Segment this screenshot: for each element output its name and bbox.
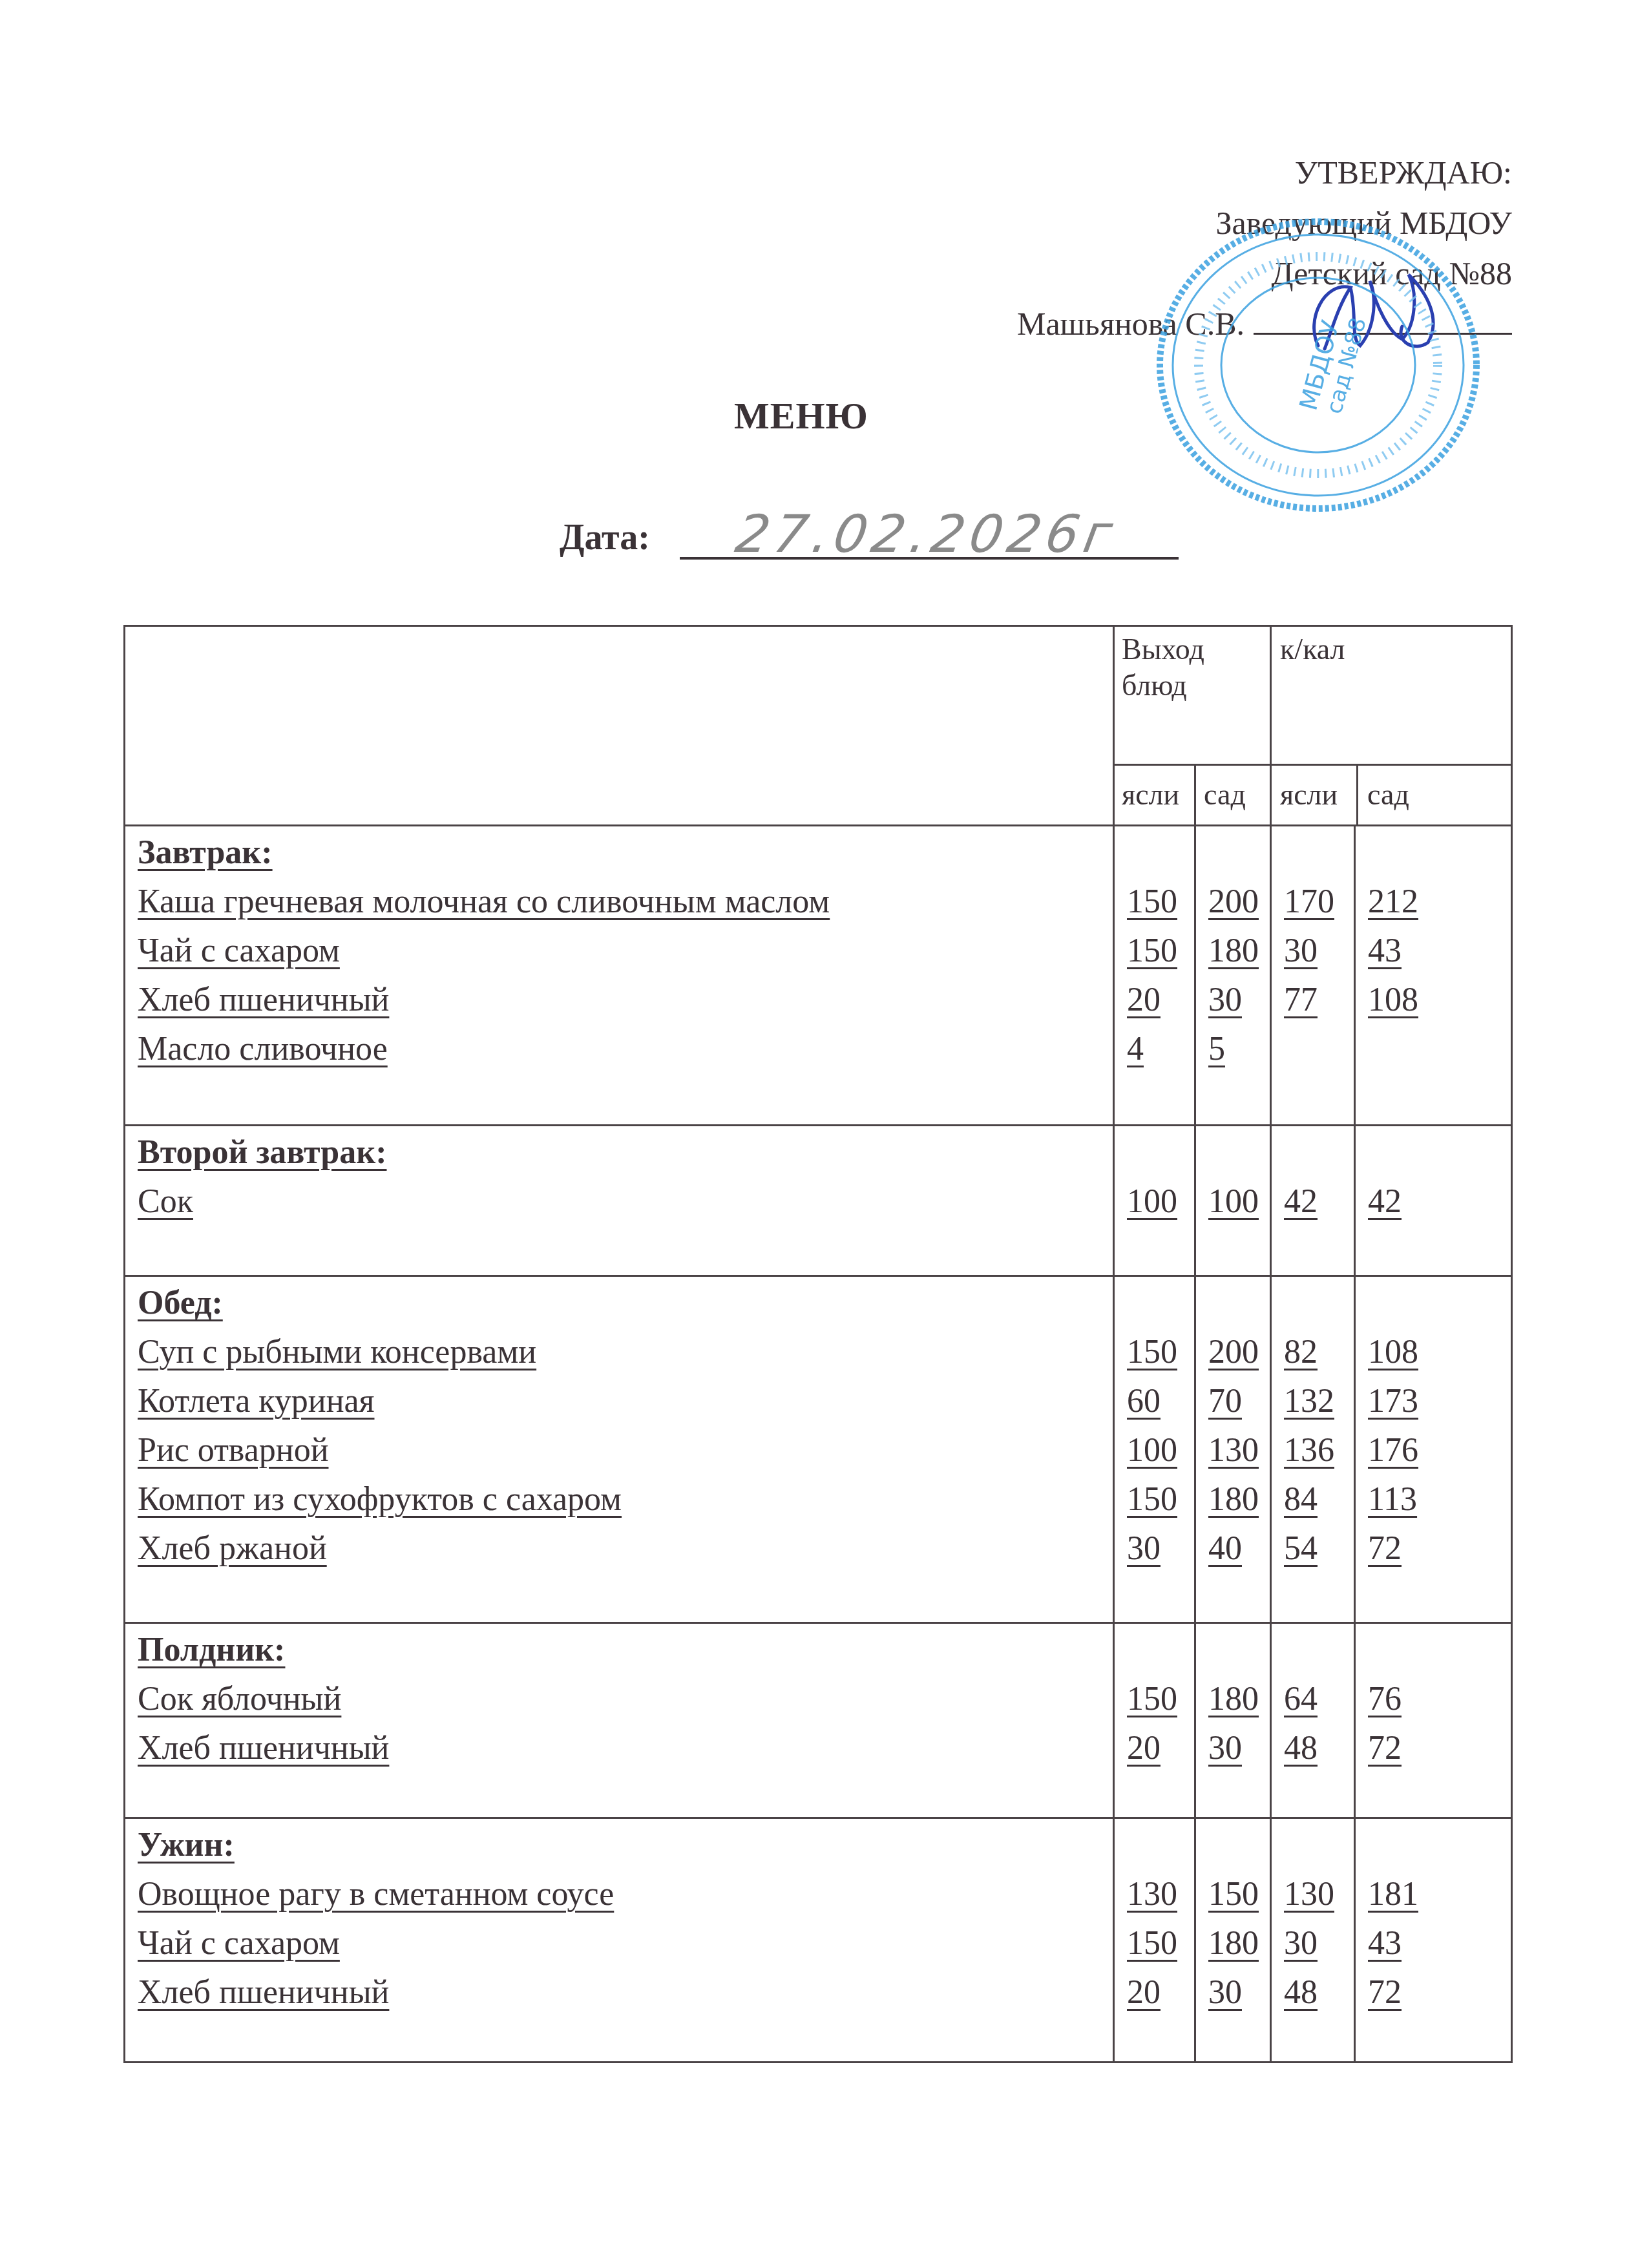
values-kcal-nursery: 1703077 [1284,877,1334,1025]
value-kcal-nursery: 64 [1284,1681,1318,1717]
row-divider [123,1124,1513,1126]
value-yield-garden: 30 [1208,1974,1242,2011]
values-kcal-nursery: 1303048 [1284,1870,1334,2017]
value-kcal-garden: 42 [1368,1183,1402,1220]
value-yield-nursery: 4 [1127,1031,1144,1067]
header-yield: Выход блюд [1122,631,1196,704]
values-yield-nursery: 15020 [1127,1675,1177,1773]
values-kcal-garden: 7672 [1368,1675,1402,1773]
dish-name: Рис отварной [138,1432,328,1469]
value-kcal-garden: 76 [1368,1681,1402,1717]
approval-heading: УТВЕРЖДАЮ: [1017,147,1512,198]
value-yield-nursery: 100 [1127,1183,1177,1220]
meal-section: Ужин:Овощное рагу в сметанном соусеЧай с… [138,1821,614,2017]
value-kcal-garden: 176 [1368,1432,1418,1469]
value-kcal-garden: 181 [1368,1876,1418,1913]
value-kcal-nursery: 170 [1284,883,1334,920]
value-yield-nursery: 150 [1127,1481,1177,1518]
value-kcal-nursery: 48 [1284,1730,1318,1767]
values-yield-nursery: 1506010015030 [1127,1328,1177,1573]
value-yield-garden: 130 [1208,1432,1259,1469]
value-kcal-nursery: 30 [1284,1925,1318,1962]
value-yield-nursery: 150 [1127,883,1177,920]
value-kcal-nursery: 84 [1284,1481,1318,1518]
values-kcal-garden: 10817317611372 [1368,1328,1418,1573]
value-yield-garden: 70 [1208,1383,1242,1420]
row-divider [123,1622,1513,1624]
dish-name: Хлеб пшеничный [138,1974,389,2011]
column-divider [1356,764,1358,824]
value-yield-nursery: 20 [1127,982,1161,1018]
value-kcal-nursery: 130 [1284,1876,1334,1913]
meal-section-title: Полдник: [138,1626,389,1675]
value-yield-nursery: 130 [1127,1876,1177,1913]
value-kcal-garden: 108 [1368,1334,1418,1370]
meal-section: Обед:Суп с рыбными консервамиКотлета кур… [138,1279,622,1573]
menu-table: Выход блюд к/кал ясли сад ясли сад Завтр… [123,625,1513,2063]
column-divider [1270,625,1272,2063]
value-yield-garden: 200 [1208,883,1259,920]
values-kcal-nursery: 821321368454 [1284,1328,1334,1573]
value-yield-nursery: 60 [1127,1383,1161,1420]
header-kcal: к/кал [1280,631,1345,667]
column-divider [1194,764,1196,2063]
date-value: 27.02.2026г [731,504,1122,564]
table-border-left [123,625,125,2063]
value-kcal-nursery: 54 [1284,1530,1318,1567]
values-yield-garden: 18030 [1208,1675,1259,1773]
values-kcal-garden: 42 [1368,1177,1402,1226]
header-sub-garden-kcal: сад [1367,777,1409,813]
column-divider [1354,824,1356,2063]
value-yield-garden: 30 [1208,1730,1242,1767]
row-divider [123,1275,1513,1277]
meal-section: Второй завтрак:Сок [138,1128,386,1226]
date-underline [680,557,1179,560]
meal-section-title: Обед: [138,1279,622,1328]
value-kcal-nursery: 132 [1284,1383,1334,1420]
value-kcal-garden: 212 [1368,883,1418,920]
values-kcal-nursery: 42 [1284,1177,1318,1226]
dish-name: Хлеб пшеничный [138,982,389,1018]
values-yield-nursery: 100 [1127,1177,1177,1226]
value-kcal-nursery: 42 [1284,1183,1318,1220]
values-yield-nursery: 150150204 [1127,877,1177,1074]
page-title: МЕНЮ [0,394,1649,437]
value-kcal-garden: 72 [1368,1974,1402,2011]
value-kcal-garden: 43 [1368,1925,1402,1962]
meal-section-title: Ужин: [138,1821,614,1870]
dish-name: Чай с сахаром [138,932,340,969]
dish-name: Хлеб пшеничный [138,1730,389,1767]
header-sub-nursery-yield: ясли [1122,777,1179,813]
header-divider [1113,764,1513,766]
value-yield-nursery: 150 [1127,1334,1177,1370]
values-yield-garden: 200180305 [1208,877,1259,1074]
values-yield-garden: 2007013018040 [1208,1328,1259,1573]
value-yield-garden: 200 [1208,1334,1259,1370]
values-kcal-garden: 1814372 [1368,1870,1418,2017]
value-yield-nursery: 20 [1127,1730,1161,1767]
meal-section-title: Второй завтрак: [138,1128,386,1177]
dish-name: Хлеб ржаной [138,1530,327,1567]
value-yield-nursery: 30 [1127,1530,1161,1567]
dish-name: Компот из сухофруктов с сахаром [138,1481,622,1518]
official-stamp-icon: МБДОУ сад №88 [1150,213,1486,517]
value-yield-garden: 150 [1208,1876,1259,1913]
header-sub-nursery-kcal: ясли [1280,777,1338,813]
value-kcal-garden: 43 [1368,932,1402,969]
value-yield-nursery: 150 [1127,1925,1177,1962]
value-yield-nursery: 100 [1127,1432,1177,1469]
header-sub-garden-yield: сад [1204,777,1246,813]
value-yield-nursery: 150 [1127,932,1177,969]
value-kcal-nursery: 77 [1284,982,1318,1018]
column-divider [1113,625,1115,2063]
table-border-bottom [123,2061,1513,2063]
value-kcal-garden: 173 [1368,1383,1418,1420]
value-yield-garden: 180 [1208,1681,1259,1717]
value-yield-garden: 5 [1208,1031,1225,1067]
row-divider [123,824,1513,826]
value-kcal-nursery: 48 [1284,1974,1318,2011]
value-yield-nursery: 150 [1127,1681,1177,1717]
value-kcal-garden: 72 [1368,1530,1402,1567]
dish-name: Суп с рыбными консервами [138,1334,536,1370]
meal-section: Полдник:Сок яблочныйХлеб пшеничный [138,1626,389,1773]
value-kcal-nursery: 136 [1284,1432,1334,1469]
value-yield-garden: 30 [1208,982,1242,1018]
value-yield-nursery: 20 [1127,1974,1161,2011]
value-yield-garden: 180 [1208,932,1259,969]
values-yield-garden: 15018030 [1208,1870,1259,2017]
dish-name: Овощное рагу в сметанном соусе [138,1876,614,1913]
values-yield-nursery: 13015020 [1127,1870,1177,2017]
dish-name: Котлета куриная [138,1383,375,1420]
value-kcal-garden: 108 [1368,982,1418,1018]
dish-name: Сок яблочный [138,1681,341,1717]
values-yield-garden: 100 [1208,1177,1259,1226]
row-divider [123,1817,1513,1819]
dish-name: Сок [138,1183,193,1220]
value-kcal-garden: 113 [1368,1481,1417,1518]
value-yield-garden: 180 [1208,1925,1259,1962]
value-kcal-nursery: 30 [1284,932,1318,969]
date-label: Дата: [560,517,650,558]
dish-name: Каша гречневая молочная со сливочным мас… [138,883,830,920]
value-kcal-nursery: 82 [1284,1334,1318,1370]
meal-section: Завтрак:Каша гречневая молочная со сливо… [138,828,830,1074]
value-yield-garden: 180 [1208,1481,1259,1518]
dish-name: Чай с сахаром [138,1925,340,1962]
values-kcal-garden: 21243108 [1368,877,1418,1025]
values-kcal-nursery: 6448 [1284,1675,1318,1773]
table-border-top [123,625,1513,627]
dish-name: Масло сливочное [138,1031,388,1067]
value-yield-garden: 40 [1208,1530,1242,1567]
value-yield-garden: 100 [1208,1183,1259,1220]
value-kcal-garden: 72 [1368,1730,1402,1767]
meal-section-title: Завтрак: [138,828,830,877]
table-border-right [1511,625,1513,2063]
